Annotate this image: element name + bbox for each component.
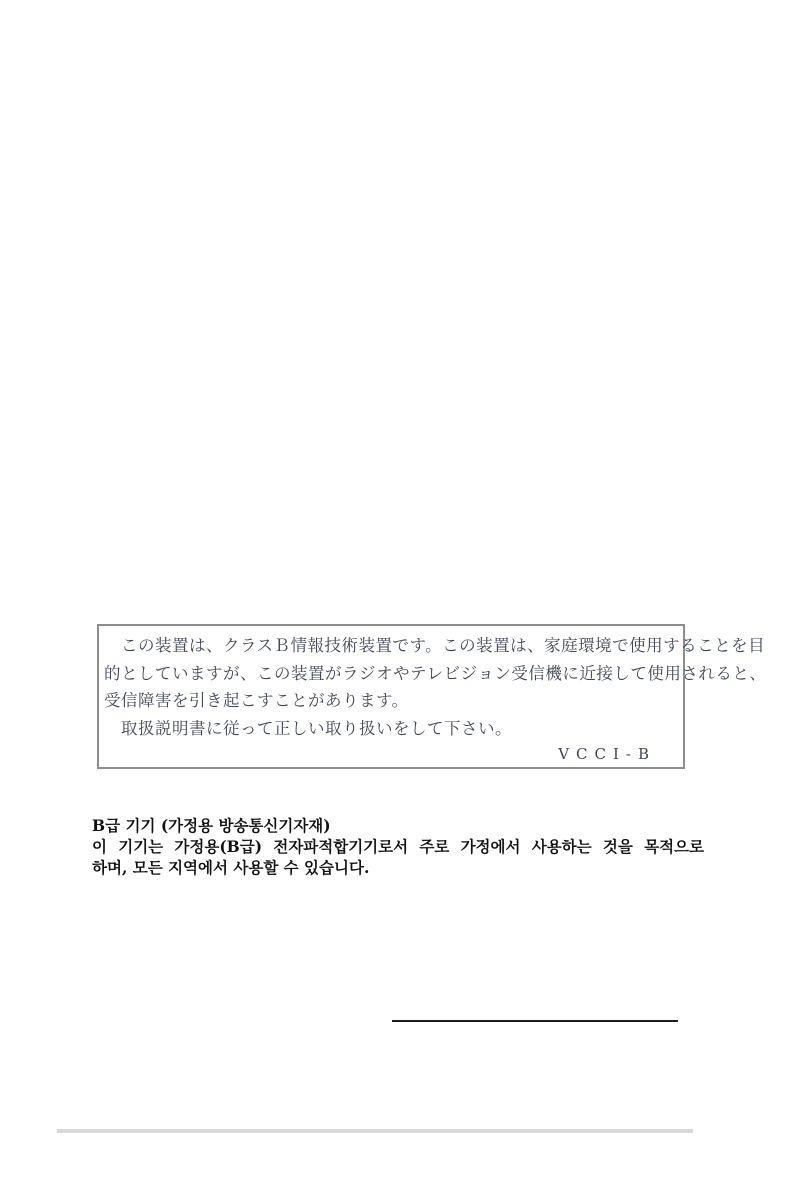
document-page: この装置は、クラスＢ情報技術装置です。この装置は、家庭環境で使用することを目 的…: [0, 0, 794, 1196]
vcci-notice-line-2: 的としていますが、この装置がラジオやテレビジョン受信機に近接して使用されると、: [104, 660, 678, 688]
vcci-b-label: VCCI-B: [104, 742, 678, 766]
kcc-notice-heading: B급 기기 (가정용 방송통신기자재): [92, 815, 704, 836]
vcci-notice-line-1: この装置は、クラスＢ情報技術装置です。この装置は、家庭環境で使用することを目: [104, 632, 678, 660]
kcc-notice-body-line-2: 하며, 모든 지역에서 사용할 수 있습니다.: [92, 857, 704, 878]
kcc-class-b-notice: B급 기기 (가정용 방송통신기자재) 이 기기는 가정용(B급) 전자파적합기…: [92, 815, 704, 878]
kcc-notice-body-line-1: 이 기기는 가정용(B급) 전자파적합기기로서 주로 가정에서 사용하는 것을 …: [92, 836, 704, 857]
signature-line: [392, 1020, 678, 1022]
footer-divider: [57, 1129, 693, 1133]
vcci-notice-line-3: 受信障害を引き起こすことがあります。: [104, 687, 678, 715]
vcci-notice-box: この装置は、クラスＢ情報技術装置です。この装置は、家庭環境で使用することを目 的…: [97, 624, 685, 769]
vcci-notice-line-4: 取扱説明書に従って正しい取り扱いをして下さい。: [104, 715, 678, 743]
